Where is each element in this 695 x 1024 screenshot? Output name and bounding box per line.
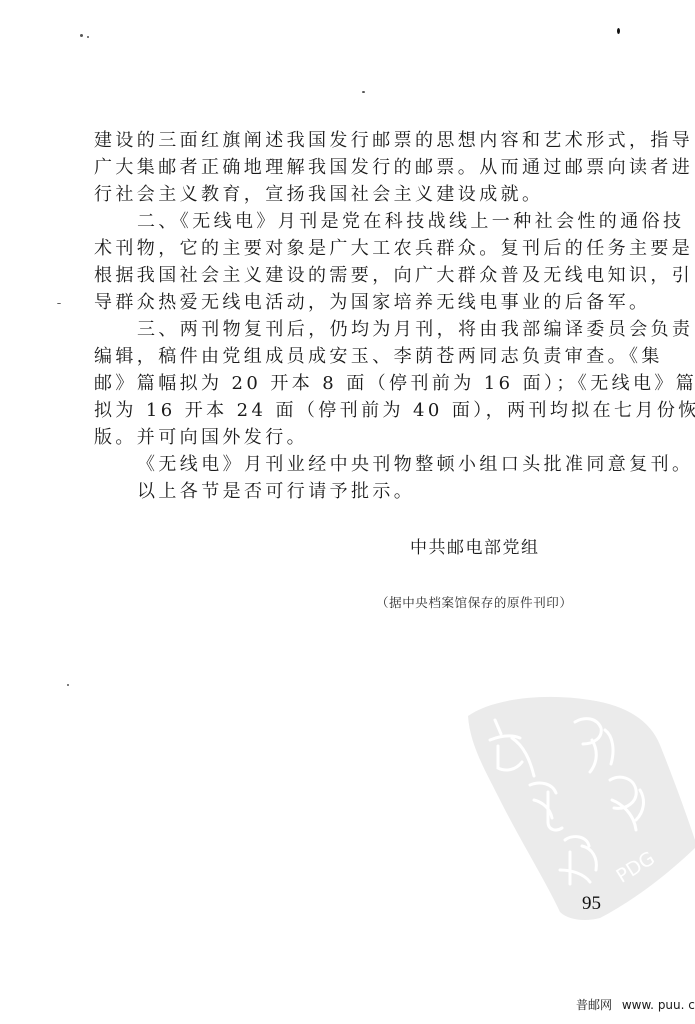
text-line: 术刊物，它的主要对象是广大工农兵群众。复刊后的任务主要是	[94, 235, 614, 262]
scan-speck	[67, 684, 69, 686]
scan-speck	[617, 28, 620, 34]
footer-watermark: 普邮网 www. puu. cn	[576, 996, 695, 1014]
footer-site-name: 普邮网	[576, 998, 612, 1012]
text-line: 广大集邮者正确地理解我国发行的邮票。从而通过邮票向读者进	[94, 154, 614, 181]
body-text: 建设的三面红旗阐述我国发行邮票的思想内容和艺术形式，指导 广大集邮者正确地理解我…	[94, 127, 614, 505]
scan-speck	[57, 303, 61, 304]
text-line: 行社会主义教育，宣扬我国社会主义建设成就。	[94, 181, 614, 208]
watermark-label: PDG	[613, 847, 659, 887]
text-line: 导群众热爱无线电活动，为国家培养无线电事业的后备军。	[94, 289, 614, 316]
document-page: PDG 建设的三面红旗阐述我国发行邮票的思想内容和艺术形式，指导 广大集邮者正确…	[0, 0, 695, 1024]
text-line: 编辑，稿件由党组成员成安玉、李荫苍两同志负责审查。《集	[94, 343, 614, 370]
text-line: 邮》篇幅拟为 20 开本 8 面（停刊前为 16 面）；《无线电》篇幅	[94, 370, 614, 397]
paragraph-start-item-2: 二、《无线电》月刊是党在科技战线上一种社会性的通俗技	[94, 208, 614, 235]
scan-speck	[80, 34, 83, 37]
scan-speck	[362, 91, 365, 93]
footer-url: www. puu. cn	[622, 998, 695, 1012]
paragraph-approval-note: 《无线电》月刊业经中央刊物整顿小组口头批准同意复刊。	[94, 451, 614, 478]
text-line: 拟为 16 开本 24 面（停刊前为 40 面），两刊均拟在七月份恢复出	[94, 397, 614, 424]
paragraph-request-instruction: 以上各节是否可行请予批示。	[94, 478, 614, 505]
paragraph-start-item-3: 三、两刊物复刊后，仍均为月刊，将由我部编译委员会负责	[94, 316, 614, 343]
text-line: 根据我国社会主义建设的需要，向广大群众普及无线电知识，引	[94, 262, 614, 289]
text-line: 建设的三面红旗阐述我国发行邮票的思想内容和艺术形式，指导	[94, 127, 614, 154]
scan-speck	[87, 36, 89, 38]
page-number: 95	[582, 892, 601, 916]
signature: 中共邮电部党组	[410, 535, 540, 561]
source-note: （据中央档案馆保存的原件刊印）	[376, 593, 573, 613]
text-line: 版。并可向国外发行。	[94, 424, 614, 451]
